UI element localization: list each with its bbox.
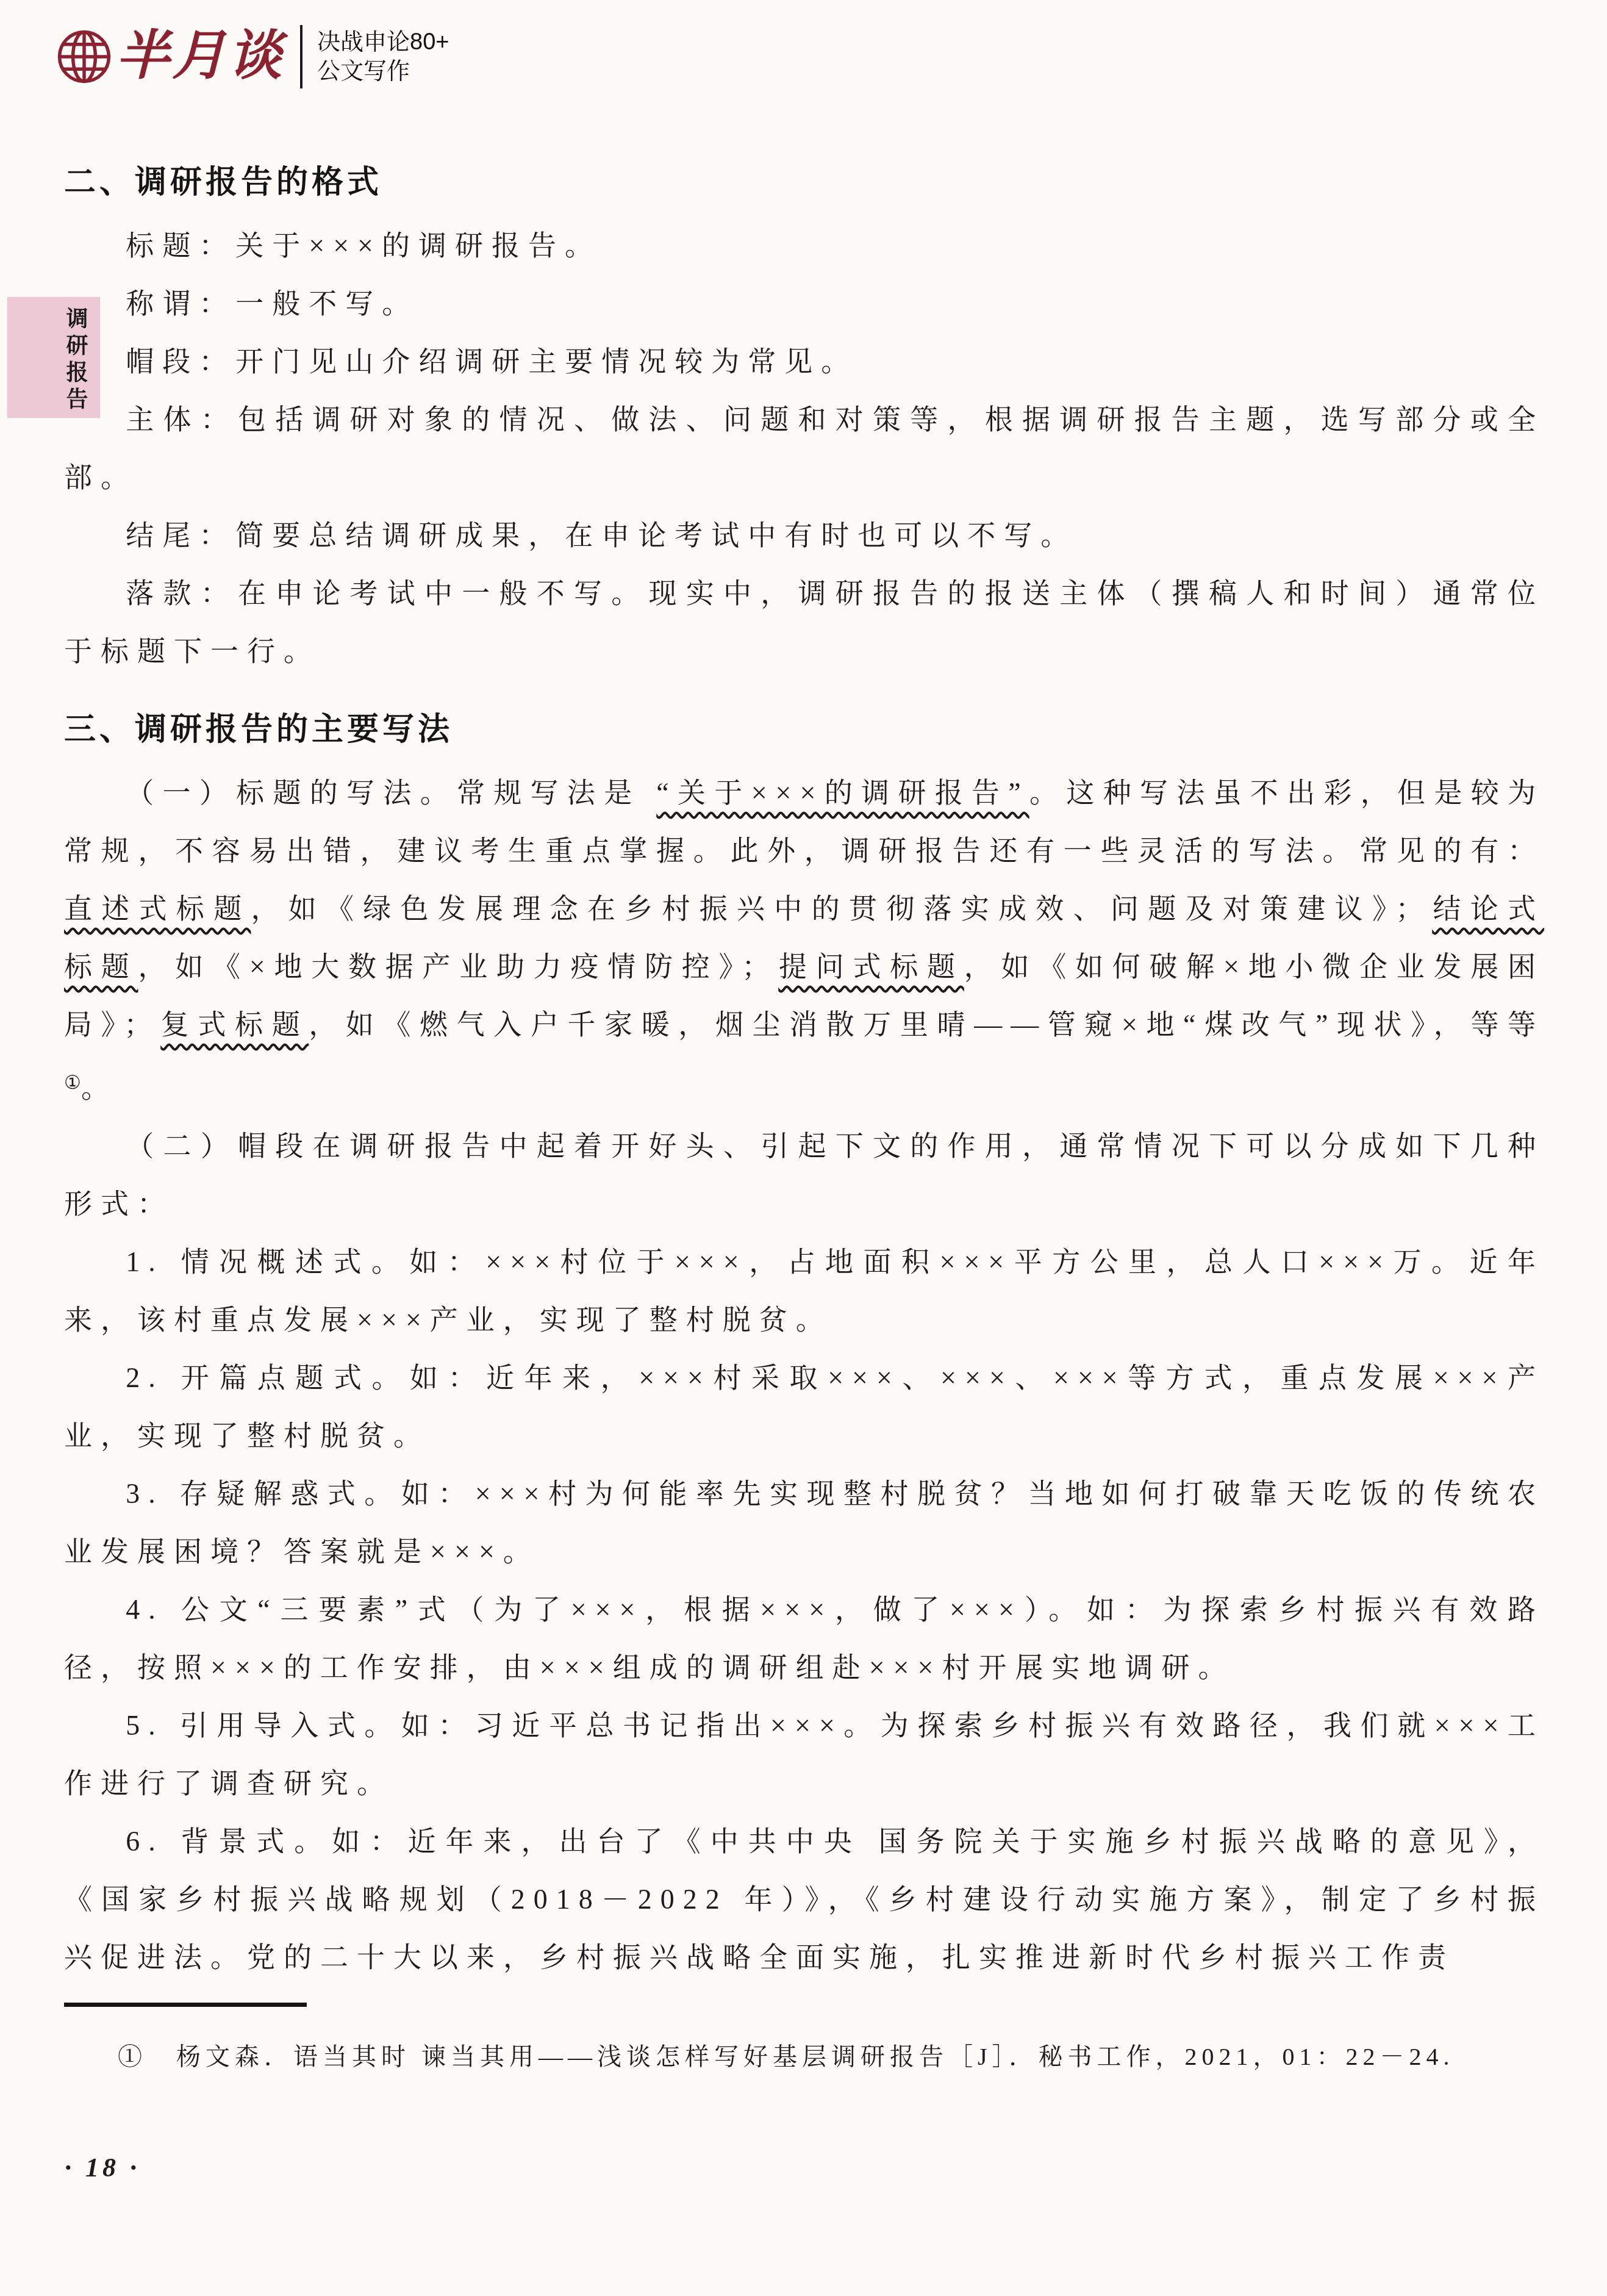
tagline-line1: 决战申论80+ [317,27,449,57]
text-run: ，如《燃气入户千家暖，烟尘消散万里晴——管窥×地“煤改气”现状》，等等 [309,1009,1544,1040]
wavy-underlined-text: “关于×××的调研报告” [656,777,1029,808]
section-3-heading: 三、调研报告的主要写法 [64,701,1544,759]
book-page: 半月谈 决战申论80+ 公文写作 调研报告 二、调研报告的格式 标题：关于×××… [0,0,1607,2296]
wavy-underlined-text: 复式标题 [160,1009,309,1040]
paragraph-title-writing: （一）标题的写法。常规写法是 “关于×××的调研报告”。这种写法虽不出彩，但是较… [64,764,1544,1117]
paragraph-signoff: 落款：在申论考试中一般不写。现实中，调研报告的报送主体（撰稿人和时间）通常位于标… [64,564,1544,680]
text-run: （二）帽段在调研报告中起着开好头、引起下文的作用，通常情况下可以分成如下几种形式… [64,1130,1544,1219]
footnote-marker: ① [64,1072,81,1093]
banyuetan-globe-icon [56,29,112,85]
footnote-separator [64,2003,307,2007]
paragraph-item-3-question: 3. 存疑解惑式。如：×××村为何能率先实现整村脱贫？当地如何打破靠天吃饭的传统… [64,1465,1544,1580]
footnote-citation: ① 杨文森．语当其时 谏当其用——浅谈怎样写好基层调研报告［J］．秘书工作，20… [64,2032,1544,2081]
paragraph-item-1-overview: 1. 情况概述式。如：×××村位于×××，占地面积×××平方公里，总人口×××万… [64,1233,1544,1349]
text-run: 结尾：简要总结调研成果，在申论考试中有时也可以不写。 [126,520,1077,551]
text-run: ，如《×地大数据产业助力疫情防控》； [138,951,779,982]
paragraph-item-4-elements: 4. 公文“三要素”式（为了×××，根据×××，做了×××）。如：为探索乡村振兴… [64,1580,1544,1696]
text-run: 。 [81,1072,118,1103]
page-content: 二、调研报告的格式 标题：关于×××的调研报告。 称谓：一般不写。 帽段：开门见… [64,154,1544,1986]
section-2-heading: 二、调研报告的格式 [64,154,1544,212]
page-header: 半月谈 决战申论80+ 公文写作 [56,17,449,96]
paragraph-ending: 结尾：简要总结调研成果，在申论考试中有时也可以不写。 [64,506,1544,564]
text-run: 称谓：一般不写。 [126,288,418,319]
paragraph-item-5-quote: 5. 引用导入式。如：习近平总书记指出×××。为探索乡村振兴有效路径，我们就××… [64,1696,1544,1812]
header-divider [300,25,302,88]
logo-wordmark: 半月谈 [116,30,284,84]
text-run: 落款：在申论考试中一般不写。现实中，调研报告的报送主体（撰稿人和时间）通常位于标… [64,578,1544,667]
text-run: 2. 开篇点题式。如：近年来，×××村采取×××、×××、×××等方式，重点发展… [64,1362,1544,1451]
text-run: 1. 情况概述式。如：×××村位于×××，占地面积×××平方公里，总人口×××万… [64,1246,1544,1335]
paragraph-cap-intro: （二）帽段在调研报告中起着开好头、引起下文的作用，通常情况下可以分成如下几种形式… [64,1117,1544,1233]
tagline-line2: 公文写作 [317,57,449,86]
wavy-underlined-text: 提问式标题 [778,951,964,982]
text-run: 3. 存疑解惑式。如：×××村为何能率先实现整村脱贫？当地如何打破靠天吃饭的传统… [64,1478,1544,1567]
paragraph-item-2-opening: 2. 开篇点题式。如：近年来，×××村采取×××、×××、×××等方式，重点发展… [64,1349,1544,1465]
text-run: 主体：包括调研对象的情况、做法、问题和对策等，根据调研报告主题，选写部分或全部。 [64,404,1544,493]
paragraph-item-6-background: 6. 背景式。如：近年来，出台了《中共中央 国务院关于实施乡村振兴战略的意见》，… [64,1812,1544,1986]
text-run: 6. 背景式。如：近年来，出台了《中共中央 国务院关于实施乡村振兴战略的意见》，… [64,1826,1544,1973]
text-run: ，如《绿色发展理念在乡村振兴中的贯彻落实成效、问题及对策建议》； [251,893,1432,924]
paragraph-main-body: 主体：包括调研对象的情况、做法、问题和对策等，根据调研报告主题，选写部分或全部。 [64,390,1544,506]
text-run: 5. 引用导入式。如：习近平总书记指出×××。为探索乡村振兴有效路径，我们就××… [64,1710,1544,1799]
wavy-underlined-text: 直述式标题 [64,893,251,924]
text-run: （一）标题的写法。常规写法是 [126,777,656,808]
text-run: 帽段：开门见山介绍调研主要情况较为常见。 [126,346,857,377]
paragraph-title-rule: 标题：关于×××的调研报告。 [64,217,1544,274]
text-run: 4. 公文“三要素”式（为了×××，根据×××，做了×××）。如：为探索乡村振兴… [64,1594,1544,1683]
page-number: · 18 · [65,2152,140,2183]
text-run: 标题：关于×××的调研报告。 [126,230,601,261]
paragraph-salutation: 称谓：一般不写。 [64,274,1544,332]
header-taglines: 决战申论80+ 公文写作 [317,27,449,86]
paragraph-cap-section: 帽段：开门见山介绍调研主要情况较为常见。 [64,332,1544,390]
